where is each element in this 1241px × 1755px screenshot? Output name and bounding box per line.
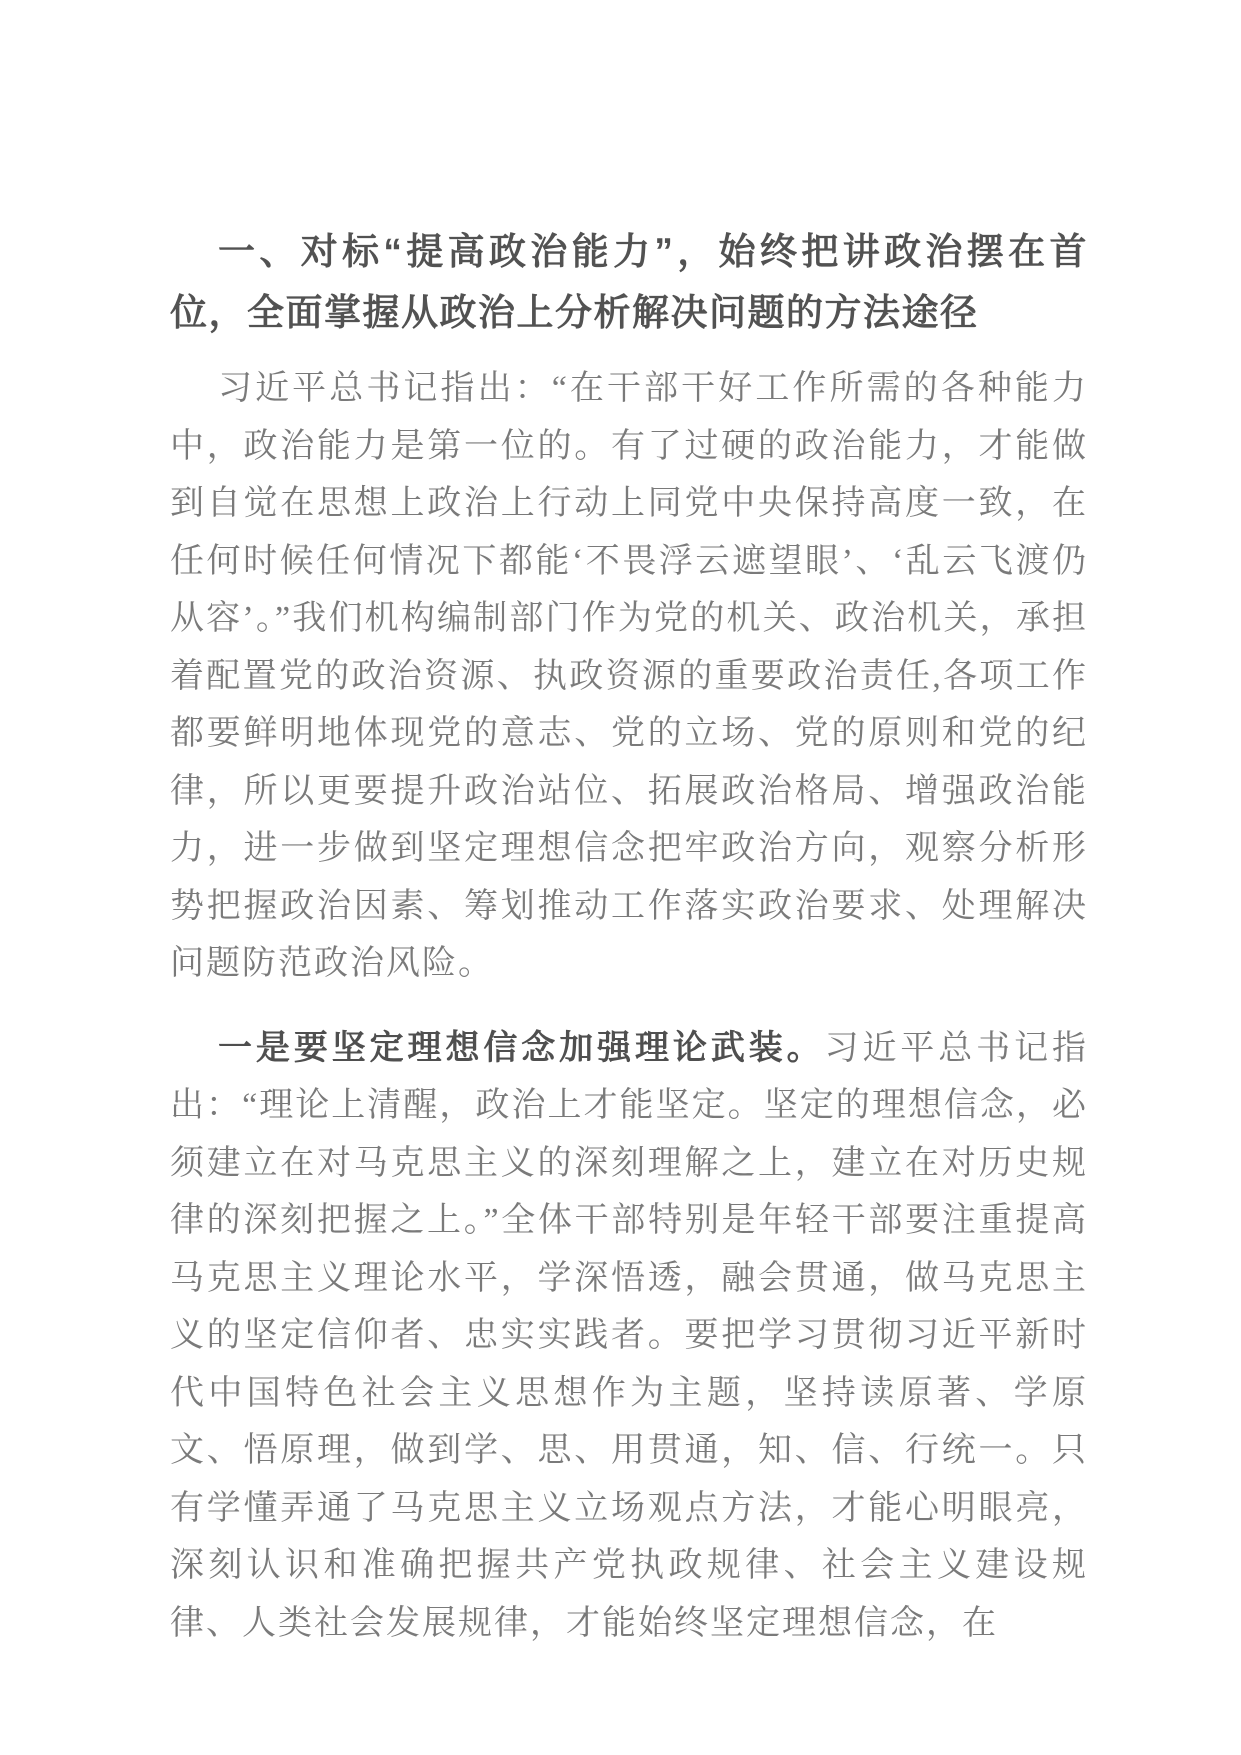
paragraph-2-body: 习近平总书记指出：“理论上清醒，政治上才能坚定。坚定的理想信念，必须建立在对马克… [170, 1030, 1088, 1642]
section-heading: 一、对标“提高政治能力”，始终把讲政治摆在首位，全面掌握从政治上分析解决问题的方… [170, 221, 1088, 343]
document-content: 一、对标“提高政治能力”，始终把讲政治摆在首位，全面掌握从政治上分析解决问题的方… [170, 221, 1088, 1652]
paragraph-1: 习近平总书记指出：“在干部干好工作所需的各种能力中，政治能力是第一位的。有了过硬… [170, 360, 1088, 993]
paragraph-2-lead: 一是要坚定理想信念加强理论武装。 [218, 1030, 825, 1067]
paragraph-2: 一是要坚定理想信念加强理论武装。习近平总书记指出：“理论上清醒，政治上才能坚定。… [170, 1020, 1088, 1653]
document-page: 一、对标“提高政治能力”，始终把讲政治摆在首位，全面掌握从政治上分析解决问题的方… [0, 0, 1241, 1755]
